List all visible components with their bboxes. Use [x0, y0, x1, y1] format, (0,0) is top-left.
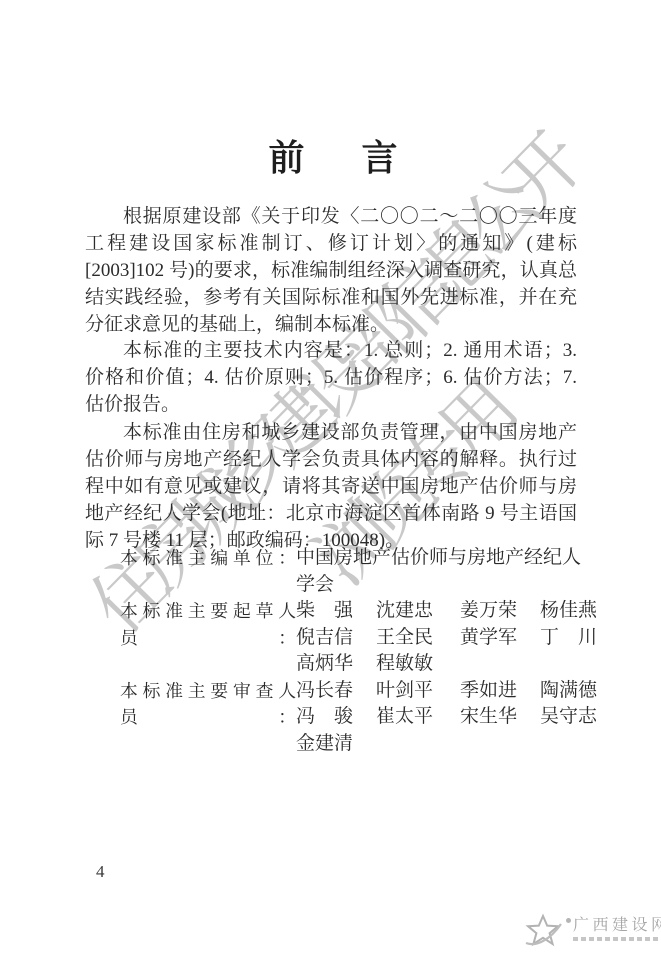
person-name: 沈建忠 — [376, 598, 460, 625]
person-name — [540, 651, 597, 678]
person-name: 程敏敏 — [376, 651, 460, 678]
person-name: 吴守志 — [540, 704, 597, 731]
person-name: 柴 强 — [296, 598, 376, 625]
person-name: 季如进 — [460, 678, 540, 705]
person-name: 王全民 — [376, 625, 460, 652]
drafters-label: 本标准主要起草人员： — [120, 598, 296, 651]
reviewers-names: 冯长春 叶剑平 季如进 陶满德 冯 骏 崔太平 宋生华 吴守志 金建清 — [296, 678, 577, 758]
person-name: 金建清 — [296, 731, 376, 758]
person-name: 崔太平 — [376, 704, 460, 731]
person-name: 高炳华 — [296, 651, 376, 678]
chief-editor-value: 中国房地产估价师与房地产经纪人 学会 — [296, 545, 577, 598]
drafters-names: 柴 强 沈建忠 姜万荣 杨佳燕 倪吉信 王全民 黄学军 丁 川 高炳华 程敏敏 — [296, 598, 577, 678]
credits-section: 本标准主编单位： 中国房地产估价师与房地产经纪人 学会 本标准主要起草人员： 柴… — [85, 545, 577, 757]
logo-tagline — [573, 937, 661, 941]
person-name: 姜万荣 — [460, 598, 540, 625]
drafters-names-line: 柴 强 沈建忠 姜万荣 杨佳燕 — [296, 598, 577, 625]
paragraph-management-contact: 本标准由住房和城乡建设部负责管理，由中国房地产估价师与房地产经纪人学会负责具体内… — [85, 419, 577, 554]
reviewers-row: 本标准主要审查人员： 冯长春 叶剑平 季如进 陶满德 冯 骏 崔太平 宋生华 吴… — [85, 678, 577, 758]
paragraph-standard-basis: 根据原建设部《关于印发〈二〇〇二～二〇〇三年度工程建设国家标准制订、修订计划〉的… — [85, 203, 577, 338]
document-page: 住房城乡建设部信息公开 浏览专用 前 言 根据原建设部《关于印发〈二〇〇二～二〇… — [0, 0, 661, 958]
person-name — [376, 731, 460, 758]
drafters-names-line: 高炳华 程敏敏 — [296, 651, 577, 678]
person-name: 杨佳燕 — [540, 598, 597, 625]
reviewers-label: 本标准主要审查人员： — [120, 678, 296, 731]
person-name — [540, 731, 597, 758]
page-number: 4 — [96, 862, 105, 882]
paragraph-technical-contents: 本标准的主要技术内容是：1. 总则；2. 通用术语；3. 价格和价值；4. 估价… — [85, 337, 577, 418]
reviewers-names-line: 冯 骏 崔太平 宋生华 吴守志 — [296, 704, 577, 731]
person-name: 宋生华 — [460, 704, 540, 731]
person-name — [460, 731, 540, 758]
star-icon — [524, 912, 565, 957]
chief-editor-line: 中国房地产估价师与房地产经纪人 — [296, 545, 577, 572]
drafters-names-line: 倪吉信 王全民 黄学军 丁 川 — [296, 625, 577, 652]
reviewers-names-line: 冯长春 叶剑平 季如进 陶满德 — [296, 678, 577, 705]
person-name: 黄学军 — [460, 625, 540, 652]
person-name: 冯长春 — [296, 678, 376, 705]
person-name — [460, 651, 540, 678]
person-name: 冯 骏 — [296, 704, 376, 731]
person-name: 倪吉信 — [296, 625, 376, 652]
person-name: 叶剑平 — [376, 678, 460, 705]
drafters-row: 本标准主要起草人员： 柴 强 沈建忠 姜万荣 杨佳燕 倪吉信 王全民 黄学军 丁… — [85, 598, 577, 678]
chief-editor-row: 本标准主编单位： 中国房地产估价师与房地产经纪人 学会 — [85, 545, 577, 598]
chief-editor-label: 本标准主编单位： — [120, 545, 296, 572]
person-name: 陶满德 — [540, 678, 597, 705]
chief-editor-line: 学会 — [296, 572, 577, 599]
logo-text-block: 广西建设网 — [573, 908, 661, 941]
person-name: 丁 川 — [540, 625, 597, 652]
page-title: 前 言 — [0, 130, 661, 181]
logo-text: 广西建设网 — [573, 916, 661, 936]
logo-dot — [566, 918, 571, 923]
reviewers-names-line: 金建清 — [296, 731, 577, 758]
guangxi-construction-logo: 广西建设网 — [524, 908, 656, 957]
